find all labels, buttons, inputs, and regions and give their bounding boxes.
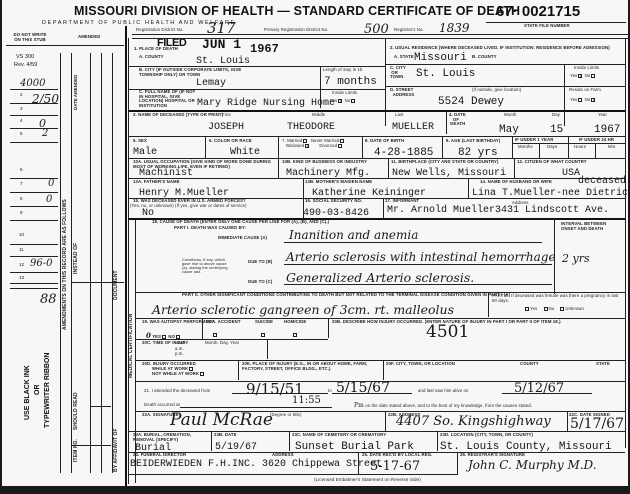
- stub-handwritten-r12: 96-0: [30, 258, 52, 269]
- part2-label: PART II. OTHER SIGNIFICANT CONDITIONS CO…: [182, 293, 510, 298]
- stub-handwritten-r7: 0: [48, 178, 54, 189]
- under-1-year-label: IF UNDER 1 YEAR: [515, 138, 553, 143]
- document-label: DOCUMENT: [114, 270, 119, 300]
- burial-location-label: 23d. LOCATION (City, town, or county): [440, 433, 533, 438]
- primary-reg-label: Primary Registration District No.: [264, 28, 328, 33]
- stub-handwritten-r2: 2/50: [32, 92, 59, 106]
- stub-handwritten-r5: 2: [42, 128, 48, 139]
- last-name: MUELLER: [392, 122, 434, 133]
- citizen-label: 12. CITIZEN OF WHAT COUNTRY: [517, 160, 587, 165]
- pregnancy-unknown-checkbox[interactable]: [560, 307, 564, 311]
- accident-label: 20a. ACCIDENT: [207, 320, 241, 325]
- inside-limits-label: Inside Limits: [332, 91, 357, 96]
- physician-signature: Paul McRae: [170, 410, 273, 430]
- funeral-director: BEIDERWIEDEN F.H.INC. 3620 Chippewa Stre…: [130, 459, 382, 470]
- age-label: 9. AGE (last birthday): [446, 139, 500, 144]
- inside-no-checkbox[interactable]: [351, 99, 355, 103]
- stub-handwritten-after13: 88: [40, 292, 57, 307]
- death-year: 1967: [594, 124, 620, 136]
- divorced-checkbox[interactable]: [338, 144, 342, 148]
- registrar-value: 1839: [439, 21, 470, 35]
- part2-conditions: Arterio sclerotic gangreen of 3cm. rt. m…: [152, 302, 454, 317]
- res-inside-no-checkbox[interactable]: [591, 74, 595, 78]
- first-label: First: [222, 113, 231, 118]
- date-received-label: 25. DATE REC'D BY LOCAL REG.: [362, 453, 432, 458]
- form-id: VS 300: [16, 54, 34, 60]
- informant-address: 3431 Lindscott Ave.: [495, 205, 609, 216]
- state-file-number-label: STATE FILE NUMBER: [524, 24, 570, 29]
- due-to-c-label: DUE TO (c): [248, 280, 272, 285]
- race-label: 6. COLOR OR RACE: [209, 139, 252, 144]
- interval-label: INTERVAL BETWEEN ONSET AND DEATH: [561, 222, 619, 231]
- mother-label: 13b. MOTHER'S MAIDEN NAME: [305, 180, 372, 185]
- spouse-status: deceased: [578, 176, 626, 187]
- autopsy-label: 19. WAS AUTOPSY PERFORMED?: [142, 320, 214, 325]
- widowed-checkbox[interactable]: [305, 144, 309, 148]
- registrar-signature-label: 26. REGISTRAR'S SIGNATURE: [460, 453, 525, 458]
- res-state: Missouri: [414, 52, 467, 64]
- injury-place-label: 20e. PLACE OF INJURY (e.g., in or about …: [242, 362, 377, 371]
- res-county-label: b. COUNTY: [472, 55, 497, 60]
- year-label: Year: [598, 113, 607, 118]
- farm-yes-checkbox[interactable]: [578, 98, 582, 102]
- month-label: Month: [504, 113, 516, 118]
- race: White: [230, 147, 260, 158]
- last-label: Last: [395, 113, 404, 118]
- death-city: Lemay: [196, 78, 226, 89]
- use-ink-3: TYPEWRITER RIBBON: [44, 353, 51, 428]
- street-hint: (If outside, give location): [472, 88, 521, 93]
- funeral-director-label: 24. FUNERAL DIRECTOR: [133, 453, 186, 458]
- immediate-cause: Inanition and anemia: [289, 228, 418, 242]
- part3-options[interactable]: Yes No Unknown: [524, 307, 584, 312]
- day-label: Day: [552, 113, 560, 118]
- death-occurred-label: Death occurred at: [144, 403, 180, 408]
- sex: Male: [133, 147, 157, 158]
- embalmer-note: (Licensed Embalmer's Statement on Revers…: [314, 478, 421, 483]
- farm-no-checkbox[interactable]: [591, 98, 595, 102]
- pregnancy-no-checkbox[interactable]: [544, 307, 548, 311]
- date-amended-label: DATE AMENDED: [74, 75, 79, 110]
- injury-desc-value: 4501: [426, 322, 469, 342]
- should-read-label: SHOULD READ: [74, 392, 79, 430]
- informant-name: Mr. Arnold Mueller: [387, 205, 495, 216]
- hospital-label: c. FULL NAME OF (If NOT in hospital, giv…: [139, 90, 199, 108]
- amendments-label: AMENDMENTS ON THIS RECORD ARE AS FOLLOWS: [63, 199, 68, 330]
- first-name: JOSEPH: [208, 122, 244, 133]
- place-of-death-label: 1. PLACE OF DEATH: [134, 47, 178, 52]
- attended-label: 21. I attended the deceased from: [144, 389, 210, 394]
- stub-handwritten-r1: 4000: [20, 78, 45, 89]
- degree-label: (Degree or title): [270, 413, 302, 418]
- state-file-number: 67· 0021715: [496, 3, 580, 20]
- hospital-name: Mary Ridge Nursing Home: [197, 98, 335, 109]
- form-rev: Rev. 4/59: [14, 62, 37, 68]
- by-affidavit-label: BY AFFIDAVIT OF: [114, 428, 119, 472]
- father-label: 13a. FATHER'S NAME: [133, 180, 180, 185]
- not-while-at-work-checkbox[interactable]: [200, 372, 204, 376]
- never-married-checkbox[interactable]: [340, 139, 344, 143]
- reside-on-farm-label: Reside on Farm: [569, 88, 601, 93]
- res-inside-limits-label: Inside Limits: [574, 66, 599, 71]
- under-24-hr-label: IF UNDER 24 HR: [579, 138, 614, 143]
- cemetery-label: 23c. NAME OF CEMETERY OR CREMATORY: [292, 433, 386, 438]
- city-label: b. CITY (If outside corporate limits, gi…: [139, 68, 259, 77]
- suicide-checkbox[interactable]: [261, 333, 265, 337]
- certificate-title: MISSOURI DIVISION OF HEALTH — STANDARD C…: [74, 4, 520, 18]
- use-ink-1: USE BLACK INK: [24, 365, 31, 420]
- length-of-stay-label: Length of stay in 1b: [323, 68, 363, 73]
- immediate-cause-label: IMMEDIATE CAUSE (a): [218, 236, 267, 241]
- attended-statement: on the date stated above, and to the bes…: [365, 403, 532, 408]
- inside-limits-1c[interactable]: Yes No: [330, 99, 356, 104]
- death-time-pm: Pm: [354, 402, 364, 409]
- sex-label: 5. SEX: [133, 139, 147, 144]
- ssn-label: 16. SOCIAL SECURITY NO.: [305, 199, 362, 204]
- inside-yes-checkbox[interactable]: [338, 99, 342, 103]
- pregnancy-yes-checkbox[interactable]: [525, 307, 529, 311]
- stub-handwritten-r8: 0: [46, 194, 52, 205]
- marital-status[interactable]: 7. Married Never Married Widowed Divorce…: [282, 139, 345, 148]
- middle-label: Middle: [312, 113, 325, 118]
- county-label: a. COUNTY: [139, 55, 164, 60]
- due-to-c: Generalized Arterio sclerosis.: [286, 270, 474, 285]
- res-state-label: a. STATE: [394, 55, 414, 60]
- due-to-b-label: DUE TO (b): [248, 260, 272, 265]
- birthplace-label: 11. BIRTHPLACE (City and state or countr…: [391, 160, 499, 165]
- do-not-write-label: DO NOT WRITE ON THIS STUB: [12, 33, 48, 42]
- physician-address: 4407 So. Kingshighway: [396, 414, 551, 429]
- cause-label: 18. CAUSE OF DEATH (Enter only one cause…: [152, 220, 329, 225]
- due-to-b: Arterio sclerosis with intestinal hemorr…: [286, 250, 556, 264]
- filed-date: JUN 1: [202, 37, 241, 52]
- death-month: May: [499, 124, 519, 136]
- burial-date-label: 23b. DATE: [214, 433, 237, 438]
- reg-district-label: Registration District No.: [136, 28, 184, 33]
- date-signed: 5/17/67: [570, 416, 624, 432]
- informant-label: 17. INFORMANT: [385, 199, 419, 204]
- homicide-label: HOMICIDE: [284, 320, 306, 325]
- spouse-label: 14. NAME OF HUSBAND OR WIFE: [480, 180, 552, 185]
- injury-state-label: STATE: [596, 362, 610, 367]
- death-time: 11:55: [292, 395, 321, 406]
- middle-name: THEODORE: [287, 122, 335, 133]
- res-city: St. Louis: [416, 68, 475, 80]
- burial-label: 23a. BURIAL, CREMATION, REMOVAL (Specify…: [133, 433, 213, 442]
- registrar-label: Registrar's No.: [394, 28, 424, 33]
- res-street: 5524 Dewey: [438, 96, 504, 108]
- filed-year: 1967: [250, 42, 279, 56]
- homicide-checkbox[interactable]: [293, 333, 297, 337]
- accident-checkbox[interactable]: [213, 333, 217, 337]
- conditions-label: Conditions, if any, which gave rise to a…: [182, 258, 228, 274]
- usual-residence-label: 2. USUAL RESIDENCE (Where deceased lived…: [390, 46, 610, 51]
- res-inside-limits[interactable]: Yes No: [570, 74, 596, 79]
- use-ink-2: OR: [34, 385, 41, 396]
- birth-date-label: 8. DATE OF BIRTH: [365, 139, 404, 144]
- due-to-b-interval: 2 yrs: [562, 252, 590, 265]
- item-no-label: ITEM NO.: [74, 439, 79, 462]
- registrar-signature: John C. Murphy M.D.: [468, 458, 597, 472]
- name-label: 3. NAME OF DECEASED (Type or print): [133, 113, 223, 118]
- amended-label: AMENDED: [78, 35, 100, 40]
- instead-of-label: INSTEAD OF: [74, 243, 79, 274]
- death-day: 15: [550, 124, 563, 136]
- medical-certification-label: MEDICAL CERTIFICATION: [129, 314, 134, 378]
- injury-county-label: COUNTY: [520, 362, 539, 367]
- date-received: 5-17-67: [370, 459, 420, 474]
- part1-label: PART I. DEATH WAS CAUSED BY:: [174, 226, 246, 231]
- death-certificate: MISSOURI DIVISION OF HEALTH — STANDARD C…: [2, 0, 628, 486]
- reside-on-farm[interactable]: Yes No: [570, 98, 596, 103]
- res-inside-yes-checkbox[interactable]: [578, 74, 582, 78]
- industry-label: 10b. KIND OF BUSINESS OR INDUSTRY: [282, 160, 367, 165]
- injury-city-label: 20f. CITY, TOWN, OR LOCATION: [386, 362, 455, 367]
- funeral-address-label: ADDRESS: [272, 453, 294, 458]
- part3-label: PART III. If deceased was female was the…: [492, 294, 622, 303]
- suicide-label: SUICIDE: [255, 320, 273, 325]
- length-of-stay: 7 months: [324, 76, 377, 88]
